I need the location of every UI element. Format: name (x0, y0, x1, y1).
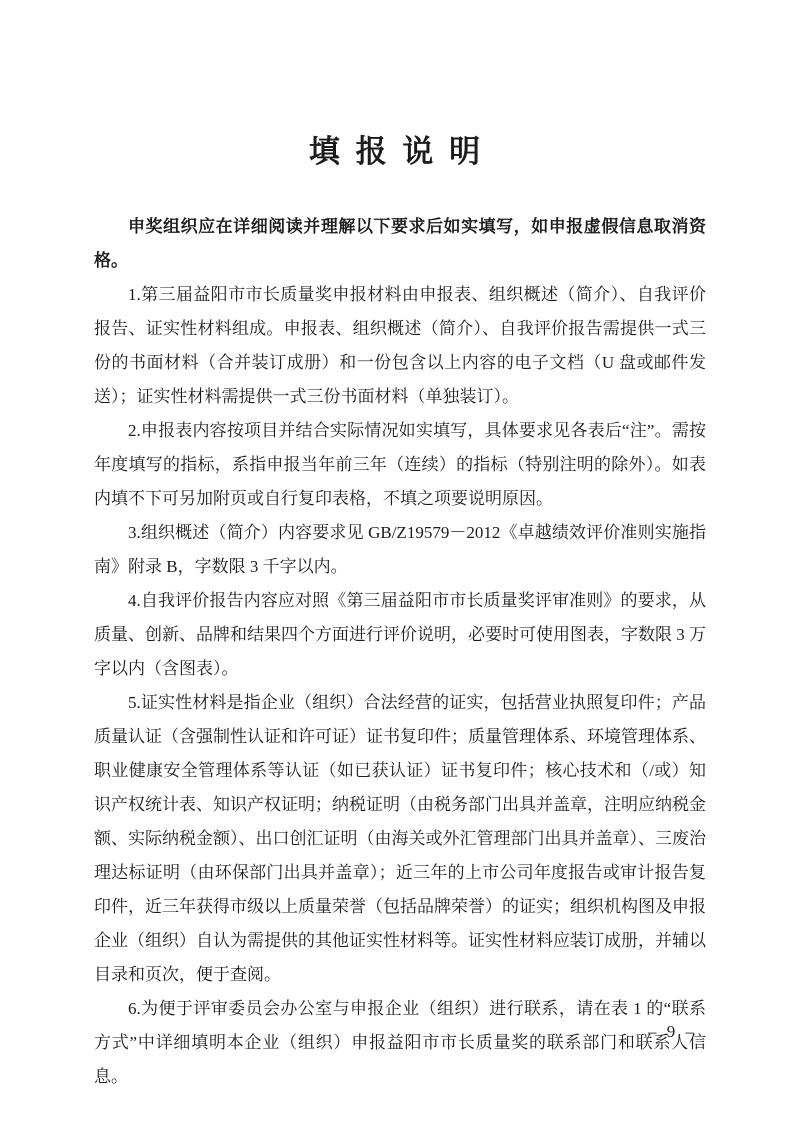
instruction-item-4: 4.自我评价报告内容应对照《第三届益阳市市长质量奖评审准则》的要求，从质量、创新… (94, 584, 706, 686)
page-number: – 9 – (648, 1022, 697, 1042)
instruction-item-5: 5.证实性材料是指企业（组织）合法经营的证实，包括营业执照复印件；产品质量认证（… (94, 686, 706, 992)
document-page: 填 报 说 明 申奖组织应在详细阅读并理解以下要求后如实填写，如申报虚假信息取消… (0, 0, 793, 1122)
document-title: 填 报 说 明 (0, 126, 793, 171)
intro-notice: 申奖组织应在详细阅读并理解以下要求后如实填写，如申报虚假信息取消资格。 (94, 210, 706, 278)
instruction-item-2: 2.申报表内容按项目并结合实际情况如实填写，具体要求见各表后“注”。需按年度填写… (94, 414, 706, 516)
instruction-item-3: 3.组织概述（简介）内容要求见 GB/Z19579－2012《卓越绩效评价准则实… (94, 516, 706, 584)
document-body: 申奖组织应在详细阅读并理解以下要求后如实填写，如申报虚假信息取消资格。 1.第三… (94, 210, 706, 1094)
instruction-item-1: 1.第三届益阳市市长质量奖申报材料由申报表、组织概述（简介）、自我评价报告、证实… (94, 278, 706, 414)
instruction-item-6: 6.为便于评审委员会办公室与申报企业（组织）进行联系，请在表 1 的“联系方式”… (94, 992, 706, 1094)
